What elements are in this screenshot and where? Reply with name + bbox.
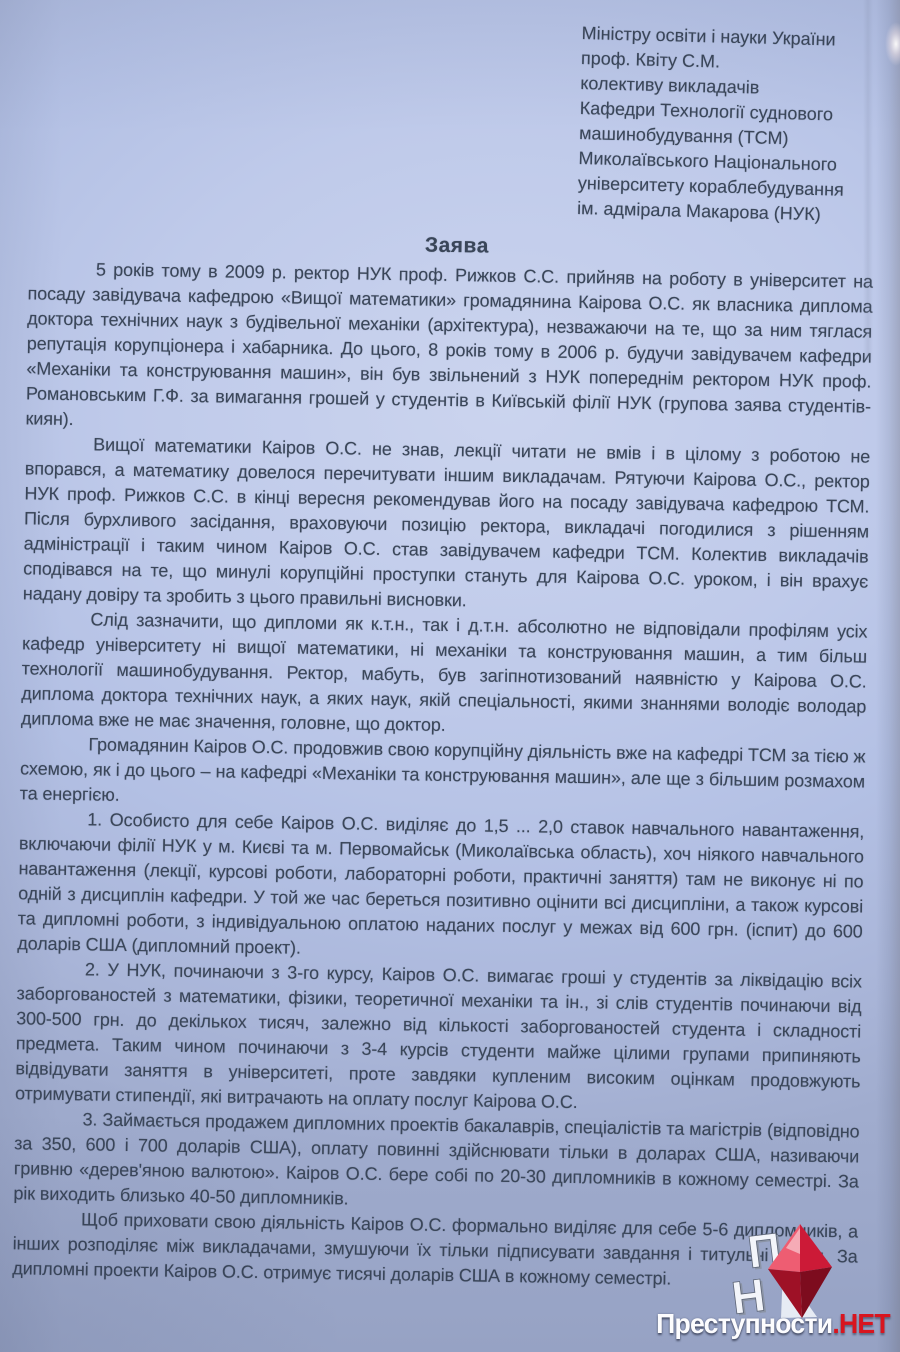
paper-edge-shadow [876,0,900,1352]
paragraph-corruption-continued: Громадянин Каіров О.С. продовжив свою ко… [20,731,866,819]
corner-highlight [885,22,900,66]
watermark-text: Преступности.НЕТ [656,1308,890,1340]
paragraph-math-dept: Вищої математики Каіров О.С. не знав, ле… [23,431,871,619]
document-body: 5 років тому в 2009 р. ректор НУК проф. … [12,256,873,1294]
paragraph-item-1: 1. Особисто для себе Каіров О.С. виділяє… [17,806,864,969]
paragraph-diplomas: Слід зазначити, що дипломи як к.т.н., та… [21,606,868,744]
prestupnosti-net-logo-icon: П П Н Н [688,1222,858,1318]
letter-sheet: Міністру освіти і науки України проф. Кв… [12,12,877,1294]
watermark-prestupnosti-net: П П Н Н Преступности.НЕТ [650,1222,896,1340]
paragraph-item-2: 2. У НУК, починаючи з 3-го курсу, Каіров… [15,956,862,1119]
paragraph-item-3: 3. Займається продажем дипломних проекті… [13,1106,859,1219]
watermark-tld: НЕТ [839,1308,890,1339]
recipient-block: Міністру освіти і науки України проф. Кв… [577,21,878,228]
watermark-name: Преступности [656,1308,832,1339]
photographed-document: Міністру освіти і науки України проф. Кв… [0,0,900,1352]
paragraph-intro: 5 років тому в 2009 р. ректор НУК проф. … [25,256,873,444]
